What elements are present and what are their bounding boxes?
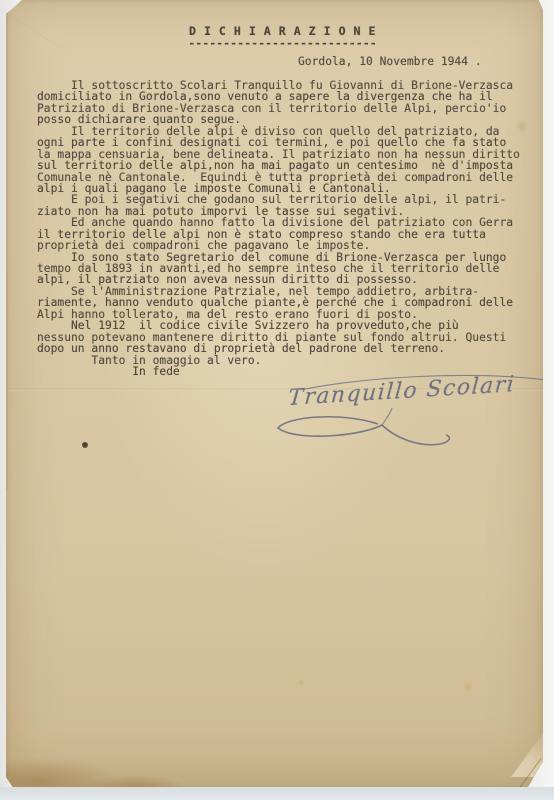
scanner-background-strip (0, 787, 554, 800)
typed-line: proprietà dei compadroni che pagavano le… (37, 240, 533, 251)
typed-body-text: Il sottoscritto Scolari Tranquillo fu Gi… (37, 80, 533, 377)
title-underline-dashes: --------------------------- (14, 36, 551, 50)
typed-line: Nel 1912 il codice civile Svizzero ha pr… (37, 320, 533, 331)
typed-line: dopo un anno restavano di proprietà del … (37, 343, 533, 354)
typed-line: ogni parte i confini designati coi termi… (37, 137, 533, 148)
vertical-fold-crease (6, 0, 8, 489)
folded-corner (511, 733, 543, 777)
place-date-line: Gordola, 10 Novembre 1944 . (298, 55, 482, 68)
typed-line: sul territorio delle alpi,non ha mai pag… (37, 160, 533, 171)
scanned-document-page: D I C H I A R A Z I O N E --------------… (6, 0, 543, 789)
ink-spot (82, 442, 88, 448)
typed-line: Ed anche quando hanno fatto la divisione… (37, 217, 533, 228)
horizontal-fold-crease (6, 388, 543, 391)
